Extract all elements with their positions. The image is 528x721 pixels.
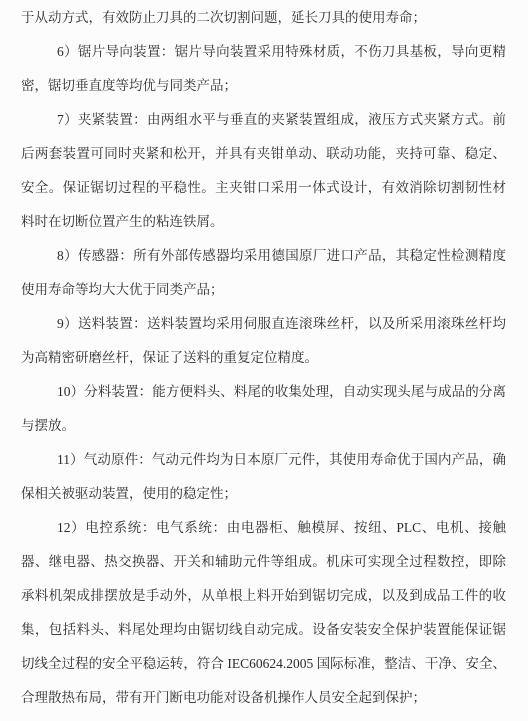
document-page: 于从动方式，有效防止刀具的二次切割问题，延长刀具的使用寿命；6）锯片导向装置：锯…	[0, 0, 528, 721]
paragraph: 11）气动原件：气动元件均为日本原厂元件，其使用寿命优于国内产品，确保相关被驱动…	[21, 443, 506, 511]
document-body: 于从动方式，有效防止刀具的二次切割问题，延长刀具的使用寿命；6）锯片导向装置：锯…	[21, 1, 506, 715]
paragraph: 9）送料装置：送料装置均采用伺服直连滚珠丝杆，以及所采用滚珠丝杆均为高精密研磨丝…	[21, 307, 506, 375]
paragraph: 12）电控系统：电气系统：由电器柜、触模屏、按纽、PLC、电机、接触器、继电器、…	[21, 511, 506, 715]
paragraph: 7）夹紧装置：由两组水平与垂直的夹紧装置组成，液压方式夹紧方式。前后两套装置可同…	[21, 103, 506, 239]
paragraph: 6）锯片导向装置：锯片导向装置采用特殊材质，不伤刀具基板，导向更精密，锯切垂直度…	[21, 35, 506, 103]
paragraph: 10）分料装置：能方便料头、料尾的收集处理，自动实现头尾与成品的分离与摆放。	[21, 375, 506, 443]
paragraph: 8）传感器：所有外部传感器均采用德国原厂进口产品，其稳定性检测精度使用寿命等均大…	[21, 239, 506, 307]
paragraph: 于从动方式，有效防止刀具的二次切割问题，延长刀具的使用寿命；	[21, 1, 506, 35]
